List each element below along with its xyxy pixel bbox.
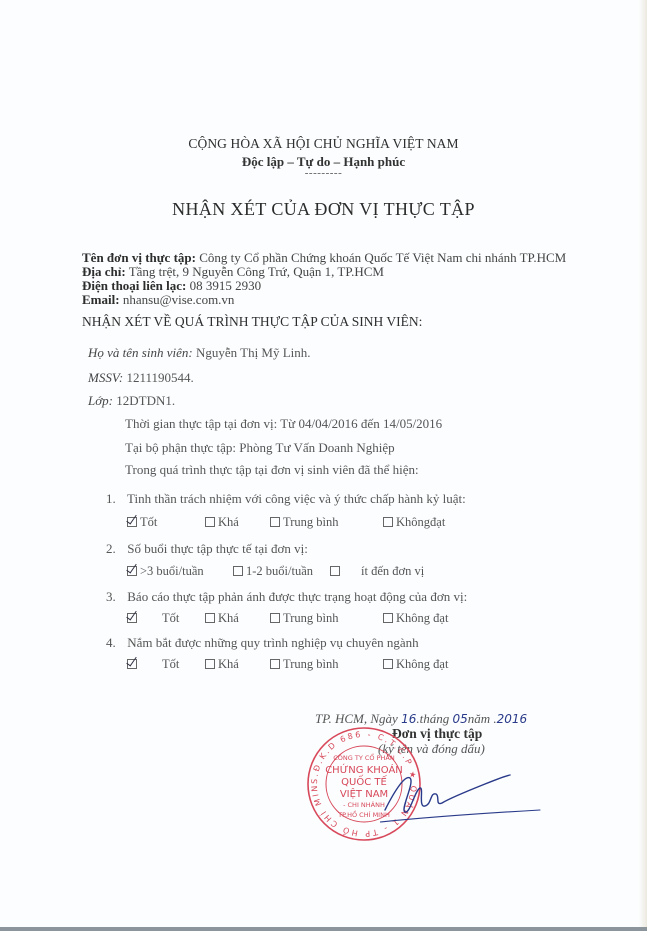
option-label: Tốt [162,611,179,625]
option-q1-1[interactable]: Tốt [127,515,157,530]
question-number: 2. [106,541,124,557]
option-q3-4[interactable]: Không đạt [383,611,448,626]
org-address-value: Tầng trệt, 9 Nguyễn Công Trứ, Quận 1, TP… [129,264,384,279]
option-q3-2[interactable]: Khá [205,611,239,626]
svg-text:- CHI NHÁNH: - CHI NHÁNH [343,800,385,809]
option-q2-1[interactable]: >3 buổi/tuần [127,564,204,579]
option-label: Khá [218,657,239,671]
section-heading: NHẬN XÉT VỀ QUÁ TRÌNH THỰC TẬP CỦA SINH … [82,314,422,330]
question-text: Số buổi thực tập thực tế tại đơn vị: [127,541,308,556]
student-id-label: MSSV: [88,370,123,385]
internship-intro: Trong quá trình thực tập tại đơn vị sinh… [125,462,419,478]
checked-box-icon[interactable] [127,659,137,669]
checked-box-icon[interactable] [127,613,137,623]
question-2: 2. Số buổi thực tập thực tế tại đơn vị: [106,541,308,557]
option-q2-2[interactable]: 1-2 buổi/tuần [233,564,313,579]
date-month: 05 [452,712,467,726]
option-label: Khôngđạt [396,515,445,529]
student-class-value: 12DTDN1. [116,393,175,408]
option-label: Khá [218,515,239,529]
internship-period: Thời gian thực tập tại đơn vị: Từ 04/04/… [125,416,442,432]
student-name-label: Họ và tên sinh viên: [88,345,193,360]
internship-department: Tại bộ phận thực tập: Phòng Tư Vấn Doanh… [125,440,395,456]
question-number: 3. [106,589,124,605]
question-text: Báo cáo thực tập phản ánh được thực trạn… [127,589,467,604]
checked-box-icon[interactable] [127,517,137,527]
student-name-value: Nguyễn Thị Mỹ Linh. [196,345,311,360]
empty-box-icon[interactable] [270,659,280,669]
empty-box-icon[interactable] [270,517,280,527]
scan-border [0,927,647,931]
student-name: Họ và tên sinh viên: Nguyễn Thị Mỹ Linh. [88,345,311,361]
student-id: MSSV: 1211190544. [88,370,194,386]
empty-box-icon[interactable] [383,613,393,623]
option-label: ít đến đơn vị [361,564,424,578]
option-q3-3[interactable]: Trung bình [270,611,338,626]
checked-box-icon[interactable] [127,566,137,576]
option-q4-2[interactable]: Khá [205,657,239,672]
document-title: NHẬN XÉT CỦA ĐƠN VỊ THỰC TẬP [0,199,647,220]
empty-box-icon[interactable] [233,566,243,576]
question-3: 3. Báo cáo thực tập phản ánh được thực t… [106,589,467,605]
org-phone-label: Điện thoại liên lạc: [82,278,186,293]
option-q1-4[interactable]: Khôngđạt [383,515,445,530]
empty-box-icon[interactable] [205,517,215,527]
question-text: Tinh thần trách nhiệm với công việc và ý… [127,491,466,506]
question-4: 4. Nắm bắt được những quy trình nghiệp v… [106,635,419,651]
org-email: Email: nhansu@vise.com.vn [82,292,234,308]
org-email-value: nhansu@vise.com.vn [123,292,235,307]
option-label: Không đạt [396,611,448,625]
date-day: 16 [401,712,416,726]
org-phone-value: 08 3915 2930 [190,278,262,293]
question-number: 4. [106,635,124,651]
option-label: Trung bình [283,611,338,625]
option-label: Khá [218,611,239,625]
org-name-value: Công ty Cổ phần Chứng khoán Quốc Tế Việt… [199,250,566,265]
option-q4-4[interactable]: Không đạt [383,657,448,672]
empty-box-icon[interactable] [205,613,215,623]
option-q2-3[interactable]: ít đến đơn vị [330,564,424,579]
handwritten-signature [380,770,550,830]
option-q1-3[interactable]: Trung bình [270,515,338,530]
date-year: 2016 [497,712,528,726]
option-label: Tốt [140,515,157,529]
option-label: >3 buổi/tuần [140,564,204,578]
empty-box-icon[interactable] [205,659,215,669]
empty-box-icon[interactable] [383,659,393,669]
option-q4-3[interactable]: Trung bình [270,657,338,672]
option-q3-1[interactable]: Tốt [127,611,179,626]
org-email-label: Email: [82,292,120,307]
question-1: 1. Tinh thần trách nhiệm với công việc v… [106,491,466,507]
option-q4-1[interactable]: Tốt [127,657,179,672]
month-label: .tháng [416,711,449,726]
empty-box-icon[interactable] [330,566,340,576]
option-label: Trung bình [283,515,338,529]
student-class-label: Lớp: [88,393,113,408]
question-number: 1. [106,491,124,507]
option-label: Tốt [162,657,179,671]
org-name-label: Tên đơn vị thực tập: [82,250,196,265]
student-class: Lớp: 12DTDN1. [88,393,175,409]
org-address-label: Địa chỉ: [82,264,126,279]
national-title: CỘNG HÒA XÃ HỘI CHỦ NGHĨA VIỆT NAM [0,136,647,152]
date-prefix: TP. HCM, Ngày [315,711,398,726]
option-label: 1-2 buổi/tuần [246,564,313,578]
year-label: năm . [468,711,497,726]
empty-box-icon[interactable] [270,613,280,623]
question-text: Nắm bắt được những quy trình nghiệp vụ c… [127,635,418,650]
option-label: Không đạt [396,657,448,671]
svg-text:CÔNG TY CỔ PHẦN: CÔNG TY CỔ PHẦN [333,752,395,762]
empty-box-icon[interactable] [383,517,393,527]
separator: --------- [0,167,647,179]
option-label: Trung bình [283,657,338,671]
option-q1-2[interactable]: Khá [205,515,239,530]
student-id-value: 1211190544. [127,370,194,385]
